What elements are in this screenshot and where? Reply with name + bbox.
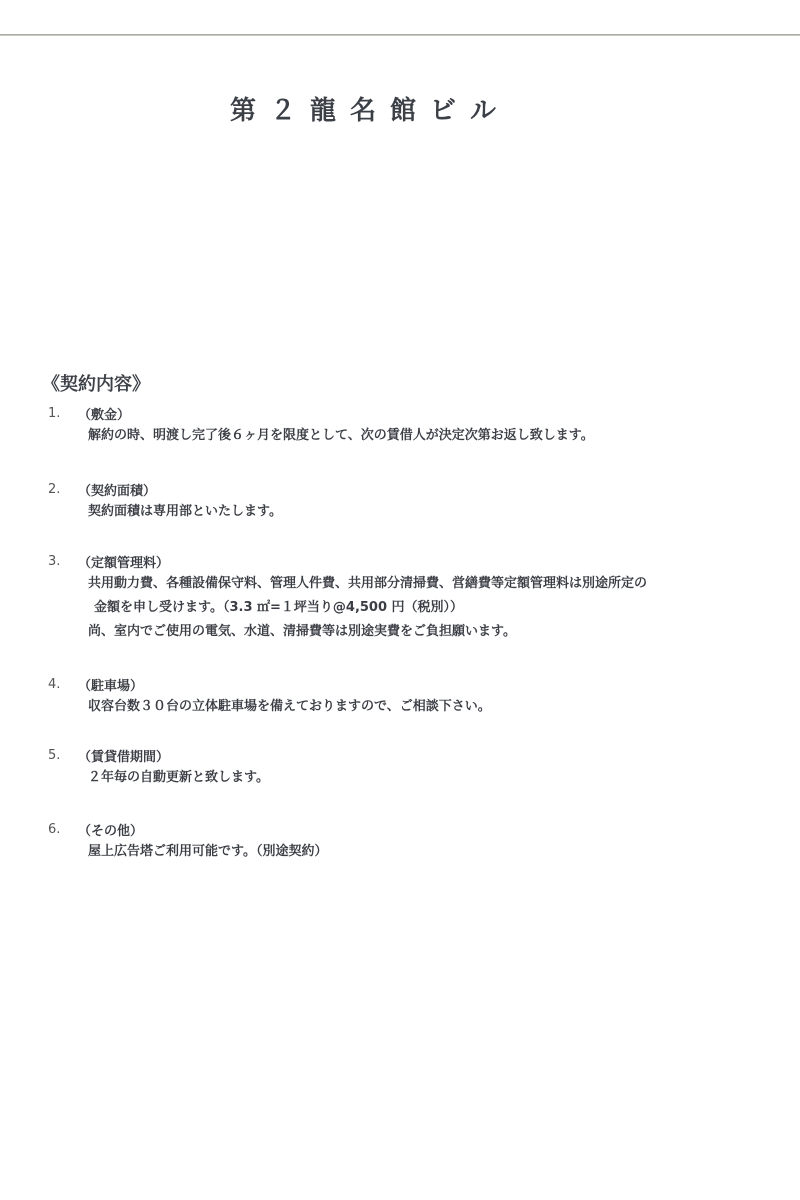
item-number: 3.	[48, 554, 78, 569]
item-text: 屋上広告塔ご利用可能です。（別途契約）	[48, 840, 768, 864]
contract-item-area: 2. （契約面積） 契約面積は専用部といたします。	[48, 478, 768, 524]
scan-page-edge	[0, 34, 800, 36]
item-text: 金額を申し受けます。（3.3 ㎡=１坪当り@4,500 円（税別））	[48, 596, 768, 620]
document-title: 第２龍名館ビル	[0, 90, 740, 127]
section-heading: 《契約内容》	[42, 370, 150, 396]
contract-item-other: 6. （その他） 屋上広告塔ご利用可能です。（別途契約）	[48, 818, 768, 864]
item-text: 解約の時、明渡し完了後６ヶ月を限度として、次の賃借人が決定次第お返し致します。	[48, 424, 768, 448]
item-text: 収容台数３０台の立体駐車場を備えておりますので、ご相談下さい。	[48, 695, 768, 719]
item-label: （敷金）	[78, 404, 130, 423]
item-number: 6.	[48, 822, 78, 837]
item-text: 共用動力費、各種設備保守料、管理人件費、共用部分清掃費、営繕費等定額管理料は別途…	[48, 572, 768, 596]
item-label: （契約面積）	[78, 480, 156, 499]
item-number: 2.	[48, 482, 78, 497]
contract-item-parking: 4. （駐車場） 収容台数３０台の立体駐車場を備えておりますので、ご相談下さい。	[48, 673, 768, 719]
item-number: 4.	[48, 677, 78, 692]
contract-item-lease-period: 5. （賃貸借期間） ２年毎の自動更新と致します。	[48, 744, 768, 790]
item-number: 1.	[48, 406, 78, 421]
item-label: （駐車場）	[78, 675, 143, 694]
contract-item-management-fee: 3. （定額管理料） 共用動力費、各種設備保守料、管理人件費、共用部分清掃費、営…	[48, 550, 768, 644]
item-number: 5.	[48, 748, 78, 763]
item-text: ２年毎の自動更新と致します。	[48, 766, 768, 790]
item-label: （その他）	[78, 820, 143, 839]
item-label: （定額管理料）	[78, 552, 169, 571]
item-text: 尚、室内でご使用の電気、水道、清掃費等は別途実費をご負担願います。	[48, 620, 768, 644]
contract-item-deposit: 1. （敷金） 解約の時、明渡し完了後６ヶ月を限度として、次の賃借人が決定次第お…	[48, 402, 768, 448]
item-label: （賃貸借期間）	[78, 746, 169, 765]
item-text: 契約面積は専用部といたします。	[48, 500, 768, 524]
